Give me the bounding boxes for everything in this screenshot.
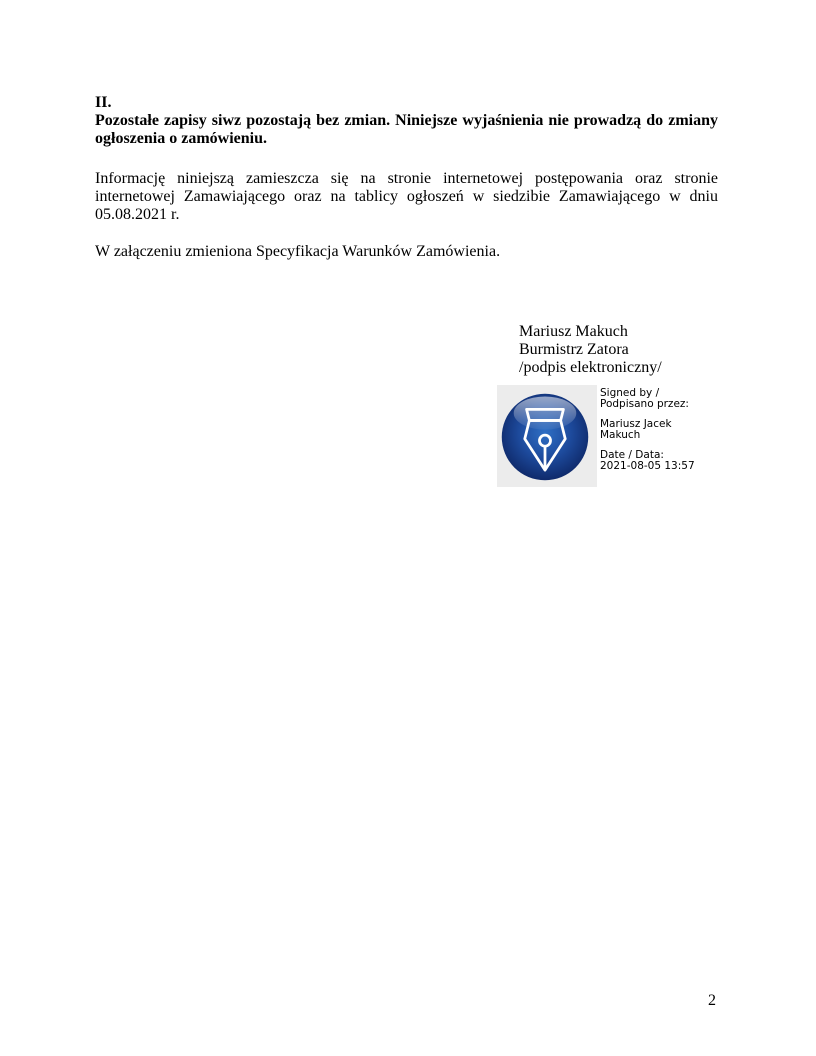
bold-paragraph-line: ogłoszenia o zamówieniu. (95, 130, 718, 148)
info-paragraph: Informację niniejszą zamieszcza się na s… (95, 170, 718, 224)
bold-paragraph-line: Pozostałe zapisy siwz pozostają bez zmia… (95, 112, 718, 130)
attachment-note: W załączeniu zmieniona Specyfikacja Waru… (95, 243, 718, 261)
date-value: 2021-08-05 13:57 (600, 461, 695, 472)
signer-name: Makuch (600, 430, 695, 441)
section-heading: II. (95, 94, 718, 112)
info-paragraph-line: Informację niniejszą zamieszcza się na s… (95, 170, 718, 188)
info-paragraph-line: 05.08.2021 r. (95, 206, 718, 224)
signatory-name: Mariusz Makuch (519, 323, 662, 341)
fountain-pen-nib-icon (499, 391, 591, 483)
signed-by-label: Podpisano przez: (600, 399, 695, 410)
electronic-signature-stamp: Signed by / Podpisano przez: Mariusz Jac… (497, 385, 717, 487)
info-paragraph-line: internetowej Zamawiającego oraz na tabli… (95, 188, 718, 206)
bold-paragraph: Pozostałe zapisy siwz pozostają bez zmia… (95, 112, 718, 148)
signatory-title: Burmistrz Zatora (519, 341, 662, 359)
signatory-block: Mariusz Makuch Burmistrz Zatora /podpis … (519, 323, 662, 377)
page-number: 2 (708, 992, 716, 1010)
signature-details: Signed by / Podpisano przez: Mariusz Jac… (600, 388, 695, 472)
document-page: II. Pozostałe zapisy siwz pozostają bez … (0, 0, 816, 1056)
signatory-note: /podpis elektroniczny/ (519, 359, 662, 377)
